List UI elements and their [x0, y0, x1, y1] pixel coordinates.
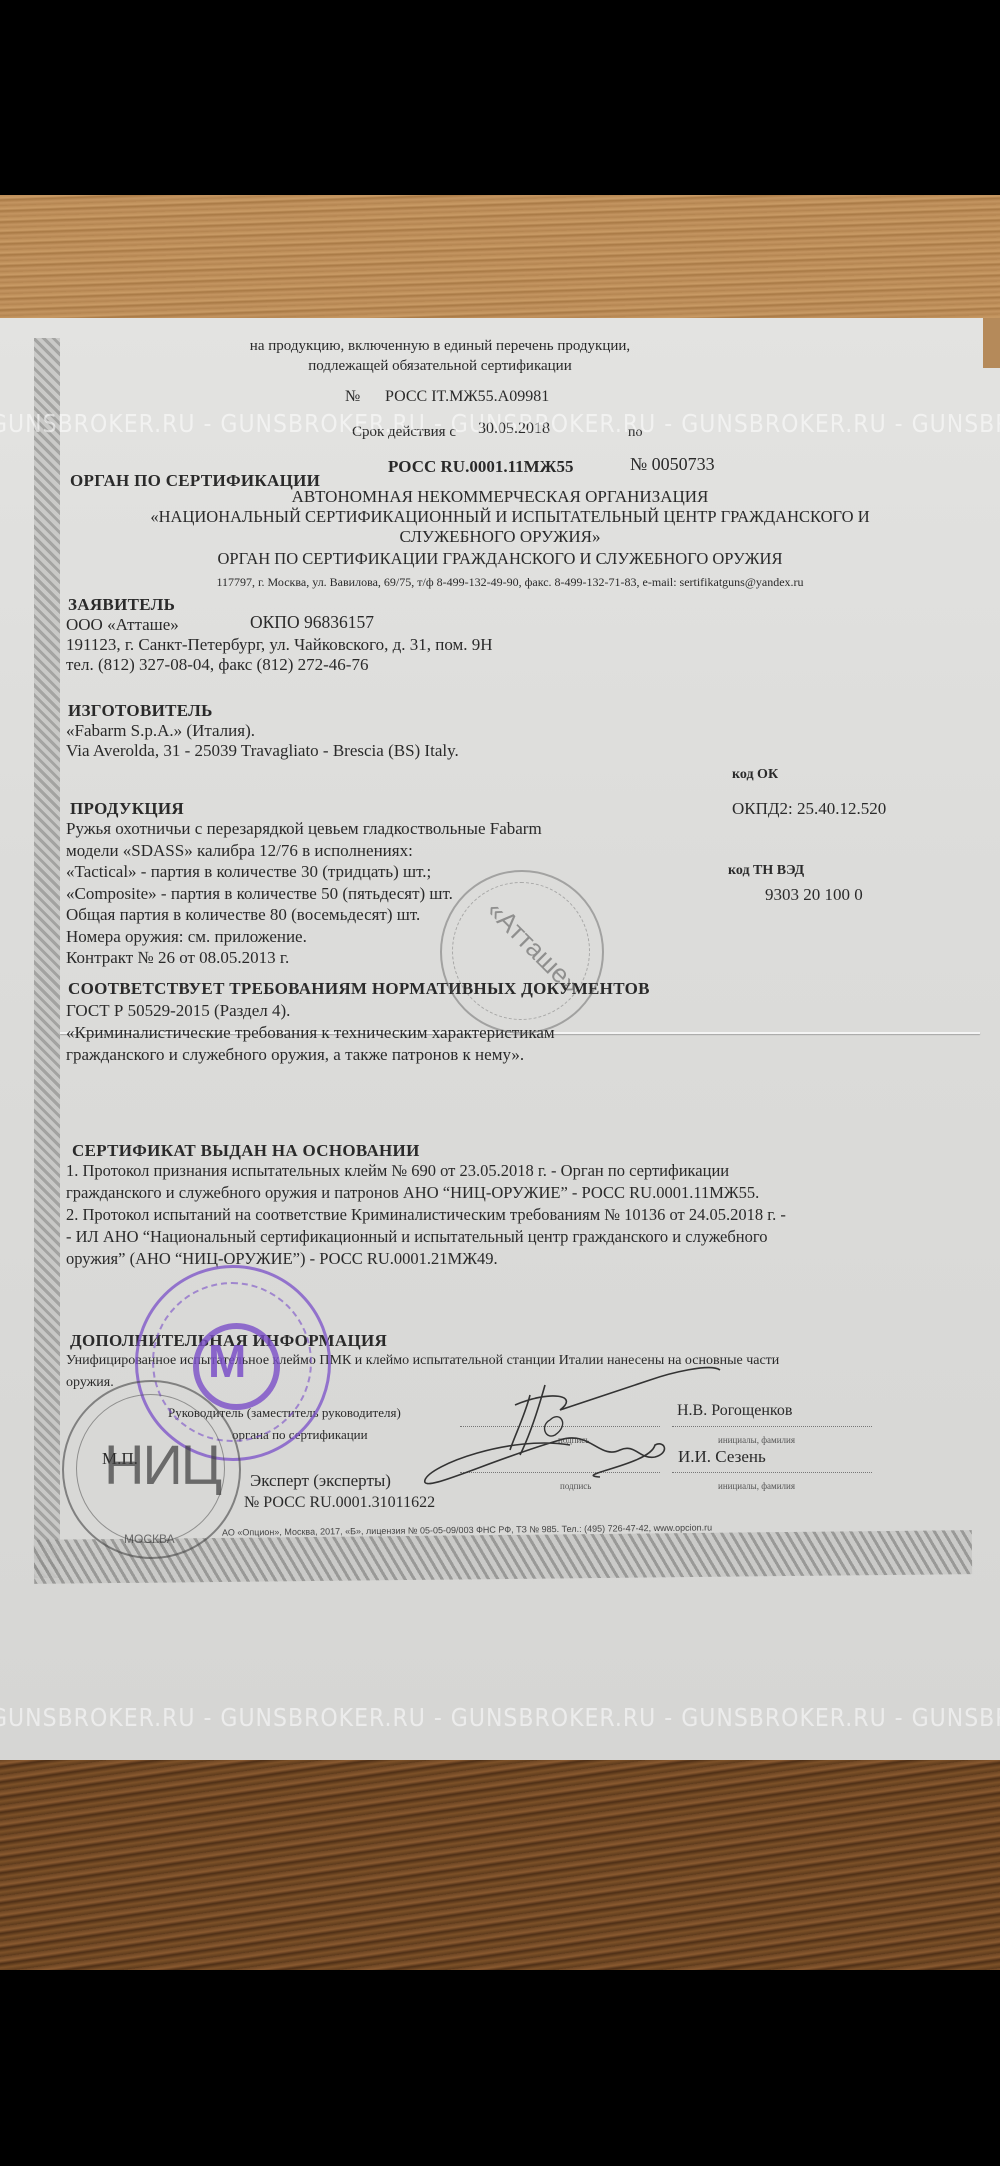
watermark-bottom: GUNSBROKER.RU - GUNSBROKER.RU - GUNSBROK…	[0, 1704, 1000, 1733]
compliance-line: «Криминалистические требования к техниче…	[66, 1022, 555, 1044]
stamp-nic-text: НИЦ	[104, 1432, 220, 1497]
wood-table-background	[0, 195, 1000, 325]
org-address: 117797, г. Москва, ул. Вавилова, 69/75, …	[70, 572, 950, 593]
compliance-line: гражданского и служебного оружия, а такж…	[66, 1044, 555, 1066]
basis-heading: СЕРТИФИКАТ ВЫДАН НА ОСНОВАНИИ	[72, 1140, 420, 1161]
applicant-heading: ЗАЯВИТЕЛЬ	[68, 594, 175, 615]
basis-line: оружия” (АНО “НИЦ-ОРУЖИЕ”) - РОСС RU.000…	[66, 1248, 786, 1270]
basis-line: 1. Протокол признания испытательных клей…	[66, 1160, 786, 1182]
applicant-address: 191123, г. Санкт-Петербург, ул. Чайковск…	[66, 634, 493, 655]
handwritten-signature-icon	[420, 1365, 730, 1495]
basis-line: 2. Протокол испытаний на соответствие Кр…	[66, 1204, 786, 1226]
header-line-1: на продукцию, включенную в единый перече…	[140, 336, 740, 357]
body-registration: РОСС RU.0001.11МЖ55	[388, 456, 574, 477]
stamp-logo-icon: M	[208, 1334, 246, 1388]
bottom-black-band	[0, 1970, 1000, 2166]
manufacturer-heading: ИЗГОТОВИТЕЛЬ	[68, 700, 213, 721]
guilloche-border-left	[34, 338, 60, 1578]
attache-round-stamp: «Атташе»	[440, 870, 604, 1034]
basis-line: - ИЛ АНО “Национальный сертификационный …	[66, 1226, 786, 1248]
expert-label: Эксперт (эксперты)	[250, 1470, 391, 1491]
certificate-number: РОСС IT.МЖ55.А09981	[385, 386, 549, 407]
product-heading: ПРОДУКЦИЯ	[70, 798, 184, 819]
applicant-name: ООО «Атташе»	[66, 614, 179, 635]
ok-code: ОКПД2: 25.40.12.520	[732, 798, 886, 819]
tnved-code: 9303 20 100 0	[765, 884, 863, 905]
expert-registration: № РОСС RU.0001.31011622	[244, 1492, 435, 1513]
org-line-3: СЛУЖЕБНОГО ОРУЖИЯ»	[100, 526, 900, 547]
watermark-top: GUNSBROKER.RU - GUNSBROKER.RU - GUNSBROK…	[0, 410, 1000, 439]
additional-info-line-2: оружия.	[66, 1372, 114, 1393]
header-line-2: подлежащей обязательной сертификации	[140, 356, 740, 377]
applicant-okpo: ОКПО 96836157	[250, 612, 374, 633]
manufacturer-address: Via Averolda, 31 - 25039 Travagliato - B…	[66, 740, 459, 761]
serial-number: № 0050733	[630, 454, 715, 475]
org-line-4: ОРГАН ПО СЕРТИФИКАЦИИ ГРАЖДАНСКОГО И СЛУ…	[100, 548, 900, 569]
sheet-corner-gap	[983, 318, 1000, 368]
org-line-1: АВТОНОМНАЯ НЕКОММЕРЧЕСКАЯ ОРГАНИЗАЦИЯ	[100, 486, 900, 507]
product-line: «Tactical» - партия в количестве 30 (три…	[66, 861, 542, 883]
top-black-band	[0, 0, 1000, 195]
product-line: Ружья охотничьи с перезарядкой цевьем гл…	[66, 818, 542, 840]
number-label: №	[345, 386, 360, 407]
applicant-phone: тел. (812) 327-08-04, факс (812) 272-46-…	[66, 654, 368, 675]
stamp-city-text: МОСКВА	[124, 1532, 175, 1546]
nic-weapons-stamp: НИЦ МОСКВА	[62, 1380, 241, 1559]
basis-line: гражданского и служебного оружия и патро…	[66, 1182, 786, 1204]
product-line: модели «SDASS» калибра 12/76 в исполнени…	[66, 840, 542, 862]
manufacturer-name: «Fabarm S.p.A.» (Италия).	[66, 720, 255, 741]
ok-code-label: код ОК	[732, 764, 778, 785]
basis-protocols: 1. Протокол признания испытательных клей…	[66, 1160, 786, 1270]
tnved-label: код ТН ВЭД	[728, 860, 804, 881]
org-line-2: «НАЦИОНАЛЬНЫЙ СЕРТИФИКАЦИОННЫЙ И ИСПЫТАТ…	[80, 506, 940, 527]
dark-wood-background	[0, 1760, 1000, 1970]
